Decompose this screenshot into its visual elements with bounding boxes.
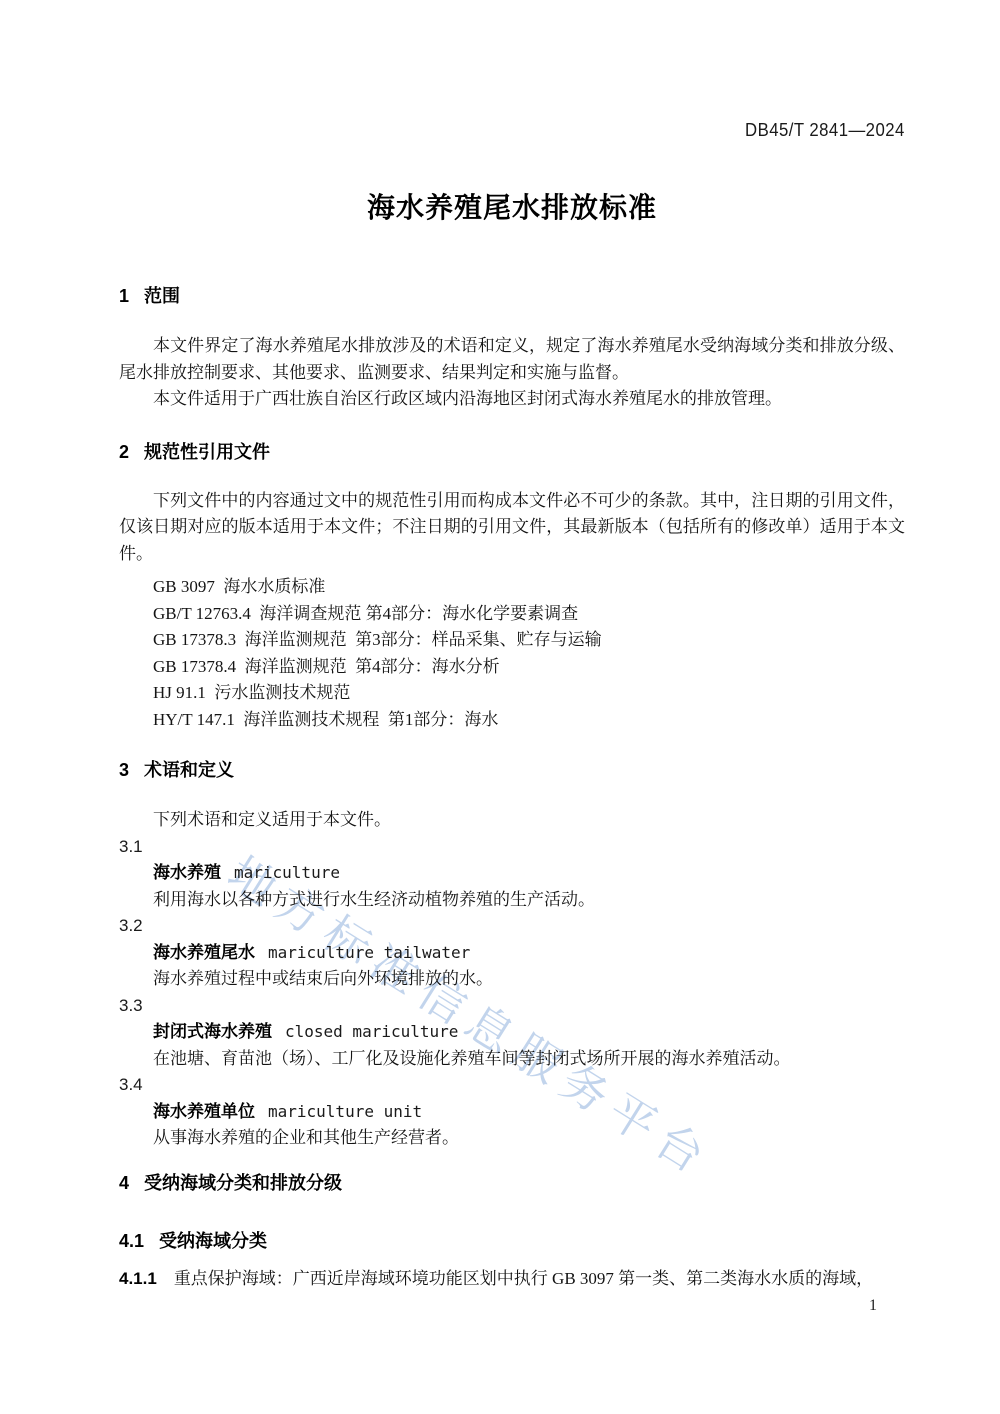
term-number: 3.1 [119, 834, 905, 861]
reference-item: GB 17378.3 海洋监测规范 第3部分：样品采集、贮存与运输 [119, 627, 905, 654]
document-page: 地方标准信息服务平台 DB45/T 2841—2024 海水养殖尾水排放标准 1… [0, 0, 1000, 1414]
section-3-intro: 下列术语和定义适用于本文件。 [119, 807, 905, 834]
section-1-paragraph-2: 本文件适用于广西壮族自治区行政区域内沿海地区封闭式海水养殖尾水的排放管理。 [119, 386, 905, 413]
section-1-paragraph-1: 本文件界定了海水养殖尾水排放涉及的术语和定义，规定了海水养殖尾水受纳海域分类和排… [119, 333, 905, 386]
reference-item: HY/T 147.1 海洋监测技术规程 第1部分：海水 [119, 707, 905, 734]
term-name-en: mariculture unit [268, 1102, 422, 1121]
doc-code: DB45/T 2841—2024 [119, 120, 905, 140]
clause-4-1-1: 4.1.1重点保护海域：广西近岸海域环境功能区划中执行 GB 3097 第一类、… [119, 1266, 905, 1293]
doc-title: 海水养殖尾水排放标准 [119, 192, 905, 224]
term-name-en: mariculture tailwater [268, 943, 470, 962]
term-number: 3.3 [119, 993, 905, 1020]
section-4-1-number: 4.1 [119, 1231, 144, 1251]
term-definition: 海水养殖过程中或结束后向外环境排放的水。 [119, 966, 905, 993]
term-number: 3.4 [119, 1072, 905, 1099]
reference-item: GB 3097 海水水质标准 [119, 574, 905, 601]
section-3-heading: 3术语和定义 [119, 760, 905, 780]
term-definition: 利用海水以各种方式进行水生经济动植物养殖的生产活动。 [119, 887, 905, 914]
term-definition: 从事海水养殖的企业和其他生产经营者。 [119, 1125, 905, 1152]
term-name: 海水养殖单位mariculture unit [119, 1099, 905, 1126]
term-name-zh: 海水养殖单位 [153, 1102, 255, 1121]
page-number: 1 [869, 1297, 877, 1315]
section-2-intro: 下列文件中的内容通过文中的规范性引用而构成本文件必不可少的条款。其中，注日期的引… [119, 488, 905, 568]
section-4-title: 受纳海域分类和排放分级 [144, 1173, 342, 1193]
section-2-title: 规范性引用文件 [144, 442, 270, 462]
section-1-heading: 1范围 [119, 286, 905, 306]
section-4-1-title: 受纳海域分类 [159, 1231, 267, 1251]
term-name-zh: 海水养殖尾水 [153, 943, 255, 962]
page-content: DB45/T 2841—2024 海水养殖尾水排放标准 1范围 本文件界定了海水… [119, 0, 905, 1292]
section-4-1-heading: 4.1受纳海域分类 [119, 1231, 905, 1251]
term-number: 3.2 [119, 913, 905, 940]
section-2-heading: 2规范性引用文件 [119, 442, 905, 462]
term-name-en: closed mariculture [285, 1022, 458, 1041]
section-1-number: 1 [119, 286, 129, 306]
clause-4-1-1-text: 重点保护海域：广西近岸海域环境功能区划中执行 GB 3097 第一类、第二类海水… [174, 1269, 873, 1288]
term-name-zh: 封闭式海水养殖 [153, 1022, 272, 1041]
reference-item: GB 17378.4 海洋监测规范 第4部分：海水分析 [119, 654, 905, 681]
reference-item: GB/T 12763.4 海洋调查规范 第4部分：海水化学要素调查 [119, 601, 905, 628]
section-3-number: 3 [119, 760, 129, 780]
term-name: 海水养殖尾水mariculture tailwater [119, 940, 905, 967]
reference-item: HJ 91.1 污水监测技术规范 [119, 680, 905, 707]
term-definition: 在池塘、育苗池（场）、工厂化及设施化养殖车间等封闭式场所开展的海水养殖活动。 [119, 1046, 905, 1073]
term-name: 封闭式海水养殖closed mariculture [119, 1019, 905, 1046]
term-name: 海水养殖mariculture [119, 860, 905, 887]
term-name-en: mariculture [234, 863, 340, 882]
doc-code-text: DB45/T 2841—2024 [745, 120, 905, 140]
section-2-number: 2 [119, 442, 129, 462]
section-4-heading: 4受纳海域分类和排放分级 [119, 1173, 905, 1193]
term-name-zh: 海水养殖 [153, 863, 221, 882]
section-3-title: 术语和定义 [144, 760, 234, 780]
clause-4-1-1-number: 4.1.1 [119, 1269, 157, 1288]
section-4-number: 4 [119, 1173, 129, 1193]
section-1-title: 范围 [144, 286, 180, 306]
